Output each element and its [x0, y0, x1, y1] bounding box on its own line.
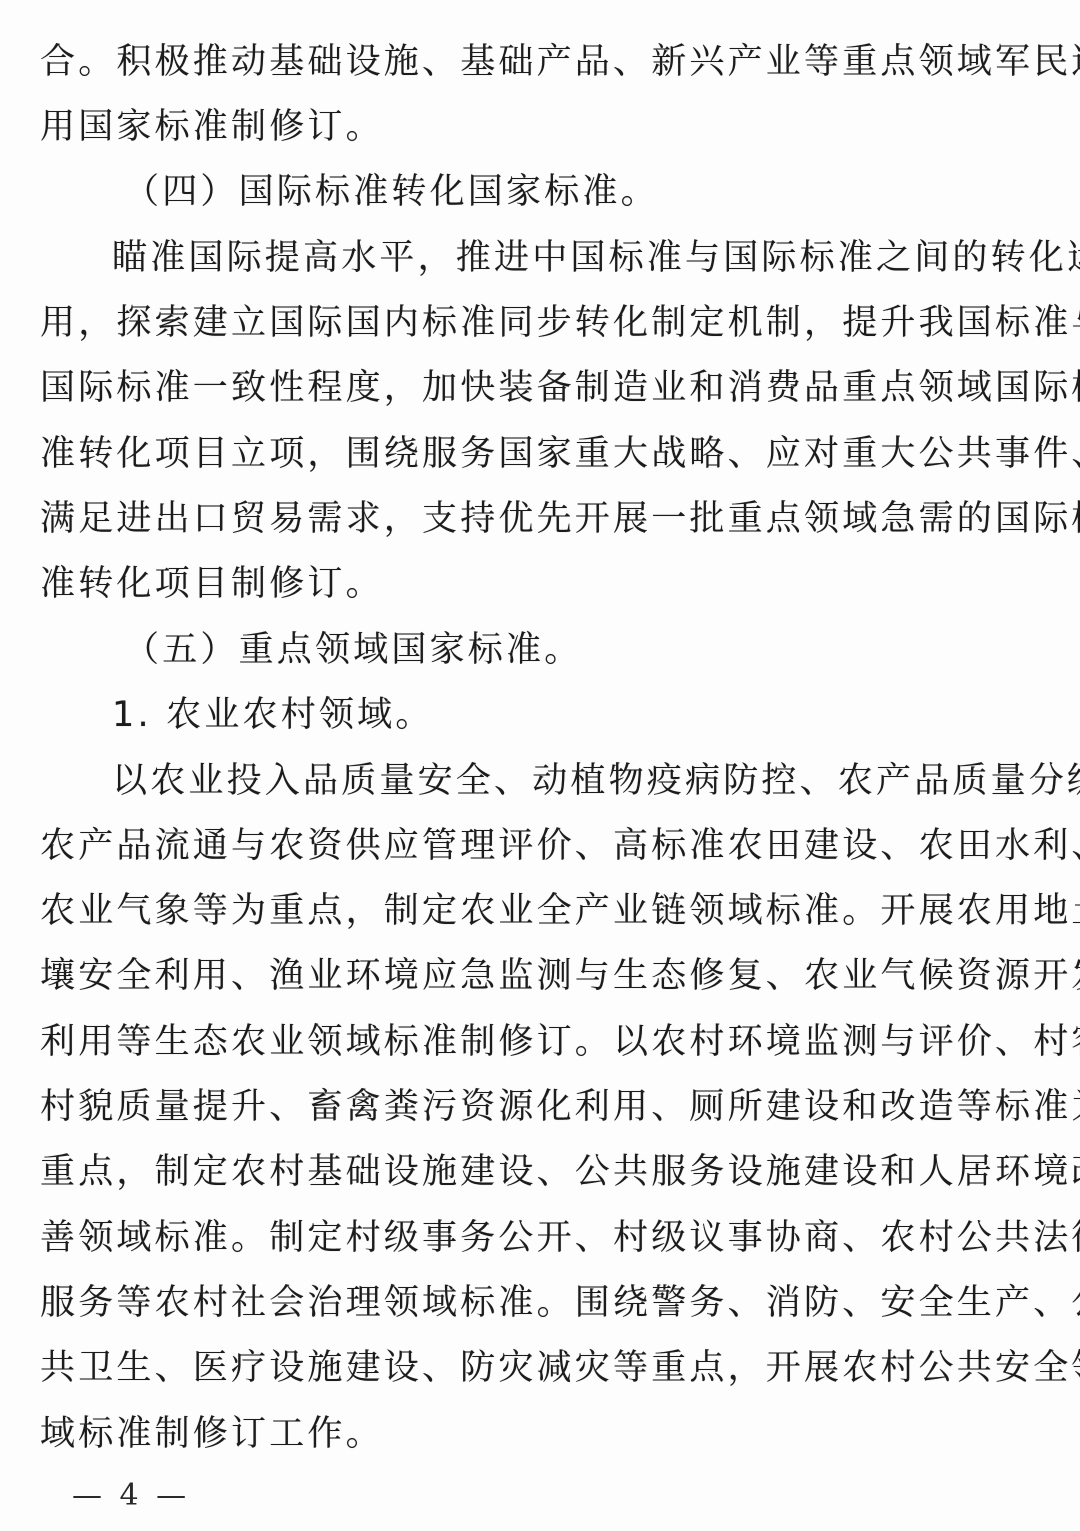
paragraph-line: 国际标准一致性程度，加快装备制造业和消费品重点领域国际标: [40, 358, 1050, 418]
section-heading-4: （四）国际标准转化国家标准。: [124, 162, 1080, 222]
paragraph-line: 利用等生态农业领域标准制修订。以农村环境监测与评价、村容: [40, 1012, 1050, 1072]
paragraph-line: 域标准制修订工作。: [40, 1404, 1050, 1464]
paragraph-line: 壤安全利用、渔业环境应急监测与生态修复、农业气候资源开发: [40, 946, 1050, 1006]
paragraph-line: 准转化项目立项，围绕服务国家重大战略、应对重大公共事件、: [40, 424, 1050, 484]
subsection-heading-1: 1. 农业农村领域。: [112, 685, 1080, 745]
paragraph-line: 重点，制定农村基础设施建设、公共服务设施建设和人居环境改: [40, 1142, 1050, 1202]
paragraph-line: 用，探索建立国际国内标准同步转化制定机制，提升我国标准与: [40, 293, 1050, 353]
section-heading-5: （五）重点领域国家标准。: [124, 620, 1080, 680]
paragraph-line: 善领域标准。制定村级事务公开、村级议事协商、农村公共法律: [40, 1208, 1050, 1268]
paragraph-line: 用国家标准制修订。: [40, 97, 1050, 157]
paragraph-line: 共卫生、医疗设施建设、防灾减灾等重点，开展农村公共安全领: [40, 1338, 1050, 1398]
paragraph-line: 农业气象等为重点，制定农业全产业链领域标准。开展农用地土: [40, 881, 1050, 941]
paragraph-line: 村貌质量提升、畜禽粪污资源化利用、厕所建设和改造等标准为: [40, 1077, 1050, 1137]
paragraph-line: 服务等农村社会治理领域标准。围绕警务、消防、安全生产、公: [40, 1273, 1050, 1333]
page-number: — 4 —: [72, 1476, 190, 1516]
paragraph-line: 农产品流通与农资供应管理评价、高标准农田建设、农田水利、: [40, 816, 1050, 876]
paragraph-line: 瞄准国际提高水平，推进中国标准与国际标准之间的转化运: [112, 228, 1080, 288]
document-page: 合。积极推动基础设施、基础产品、新兴产业等重点领域军民通 用国家标准制修订。 （…: [0, 0, 1080, 1531]
paragraph-line: 准转化项目制修订。: [40, 554, 1050, 614]
paragraph-line: 合。积极推动基础设施、基础产品、新兴产业等重点领域军民通: [40, 32, 1050, 92]
paragraph-line: 以农业投入品质量安全、动植物疫病防控、农产品质量分级、: [112, 751, 1080, 811]
paragraph-line: 满足进出口贸易需求，支持优先开展一批重点领域急需的国际标: [40, 489, 1050, 549]
